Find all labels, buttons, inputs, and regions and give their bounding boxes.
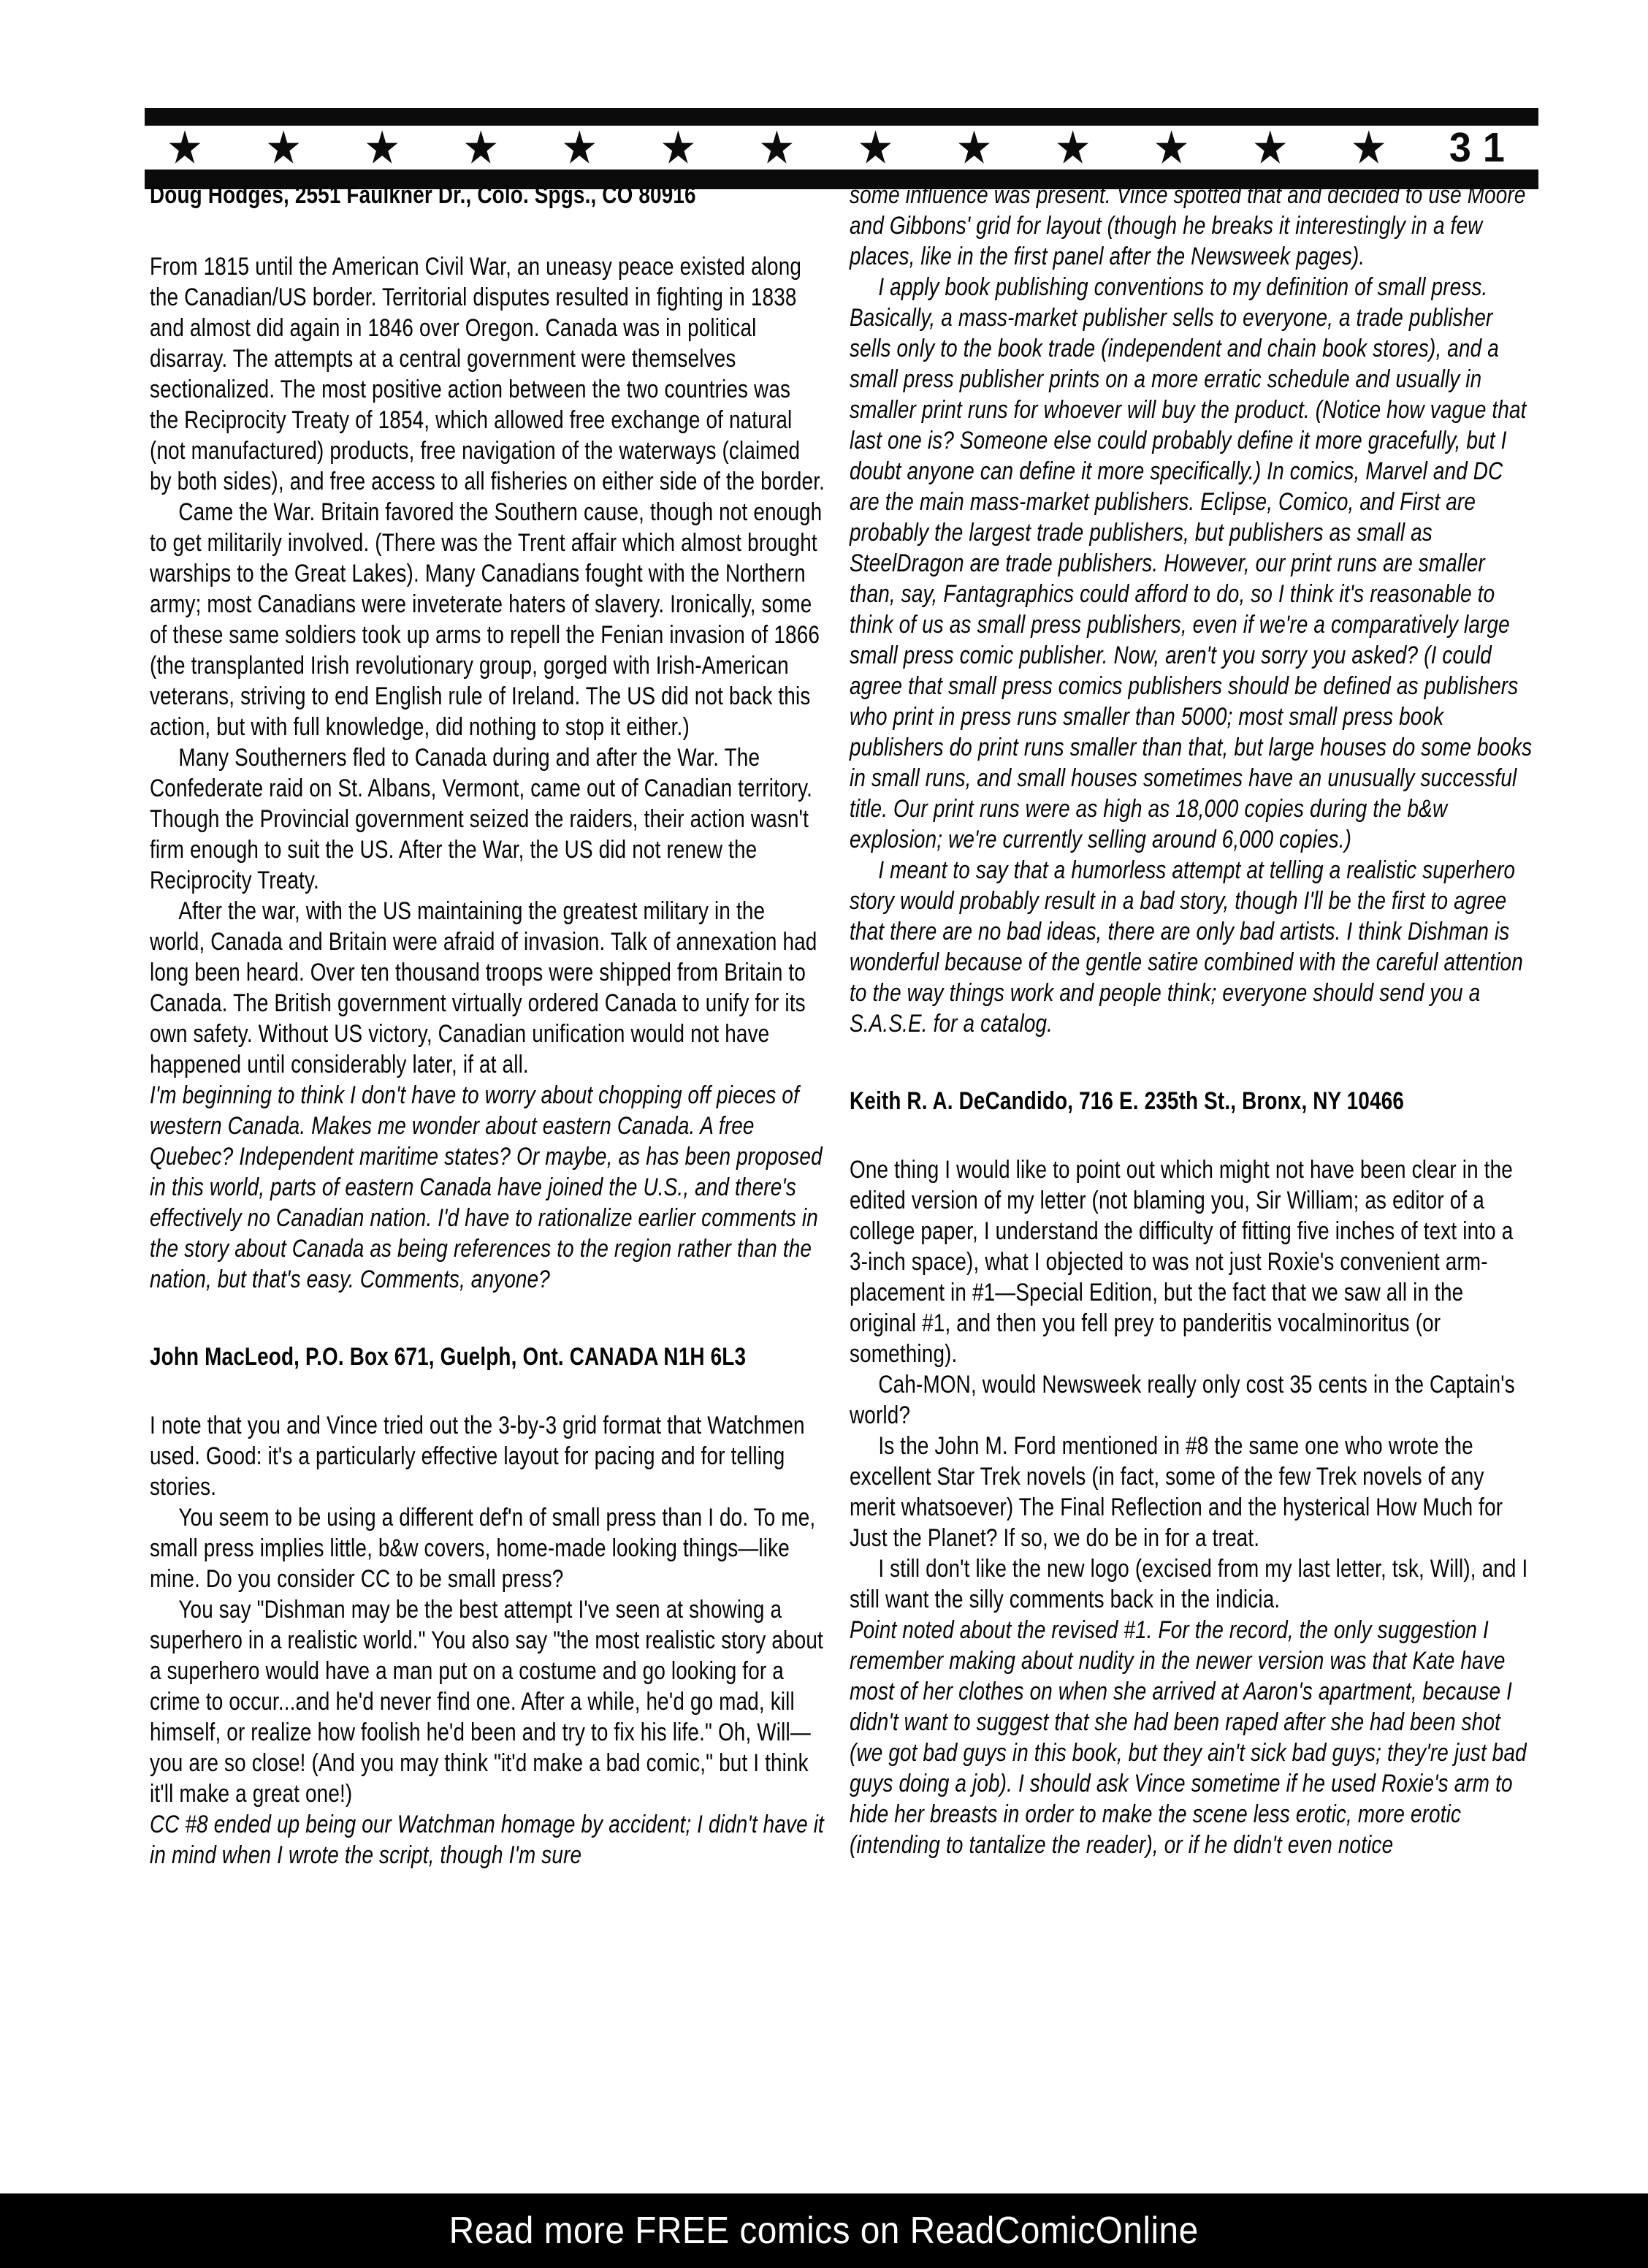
paragraph: One thing I would like to point out whic… [850, 1154, 1533, 1369]
letter-header-doug-hodges: Doug Hodges, 2551 Faulkner Dr., Colo. Sp… [150, 180, 825, 210]
editor-reply-paragraph: CC #8 ended up being our Watchman homage… [150, 1809, 825, 1871]
paragraph: Is the John M. Ford mentioned in #8 the … [850, 1431, 1533, 1553]
footer-banner: Read more FREE comics on ReadComicOnline [0, 2193, 1648, 2268]
page-number: 31 [1449, 123, 1517, 171]
top-banner: ★ ★ ★ ★ ★ ★ ★ ★ ★ ★ ★ ★ ★ 31 [145, 108, 1538, 189]
editor-reply-paragraph: Point noted about the revised #1. For th… [850, 1615, 1533, 1860]
star-icon: ★ [956, 125, 993, 171]
star-icon: ★ [1055, 125, 1091, 171]
paragraph: Cah-MON, would Newsweek really only cost… [850, 1369, 1533, 1431]
editor-reply-paragraph: I apply book publishing conventions to m… [850, 272, 1533, 855]
paragraph: You seem to be using a different def'n o… [150, 1502, 825, 1594]
star-icon: ★ [167, 125, 203, 171]
paragraph: You say "Dishman may be the best attempt… [150, 1594, 825, 1809]
star-icon: ★ [1351, 125, 1387, 171]
star-icon: ★ [364, 125, 400, 171]
paragraph: I note that you and Vince tried out the … [150, 1410, 825, 1502]
paragraph: Many Southerners fled to Canada during a… [150, 742, 825, 896]
star-icon: ★ [1153, 125, 1190, 171]
paragraph: I still don't like the new logo (excised… [850, 1553, 1533, 1615]
paragraph: After the war, with the US maintaining t… [150, 896, 825, 1080]
star-icon: ★ [1252, 125, 1289, 171]
star-icon: ★ [265, 125, 302, 171]
editor-reply-paragraph: I'm beginning to think I don't have to w… [150, 1080, 825, 1295]
paragraph: From 1815 until the American Civil War, … [150, 251, 825, 497]
letter-header-john-macleod: John MacLeod, P.O. Box 671, Guelph, Ont.… [150, 1342, 825, 1372]
zine-page: ★ ★ ★ ★ ★ ★ ★ ★ ★ ★ ★ ★ ★ 31 Doug Hodges… [0, 0, 1648, 2268]
paragraph: Came the War. Britain favored the Southe… [150, 497, 825, 742]
star-icon: ★ [758, 125, 795, 171]
star-row: ★ ★ ★ ★ ★ ★ ★ ★ ★ ★ ★ ★ ★ 31 [145, 126, 1538, 170]
star-icon: ★ [857, 125, 893, 171]
banner-top-rule [145, 108, 1538, 126]
star-icon: ★ [462, 125, 499, 171]
editor-reply-paragraph: I meant to say that a humorless attempt … [850, 855, 1533, 1039]
star-icon: ★ [561, 125, 598, 171]
star-icon: ★ [660, 125, 696, 171]
editor-reply-paragraph: some influence was present. Vince spotte… [850, 180, 1533, 272]
footer-text: Read more FREE comics on ReadComicOnline [449, 2209, 1199, 2253]
left-column: Doug Hodges, 2551 Faulkner Dr., Colo. Sp… [150, 180, 825, 1871]
right-column: some influence was present. Vince spotte… [850, 180, 1533, 1860]
letter-header-keith-decandido: Keith R. A. DeCandido, 716 E. 235th St.,… [850, 1086, 1533, 1116]
